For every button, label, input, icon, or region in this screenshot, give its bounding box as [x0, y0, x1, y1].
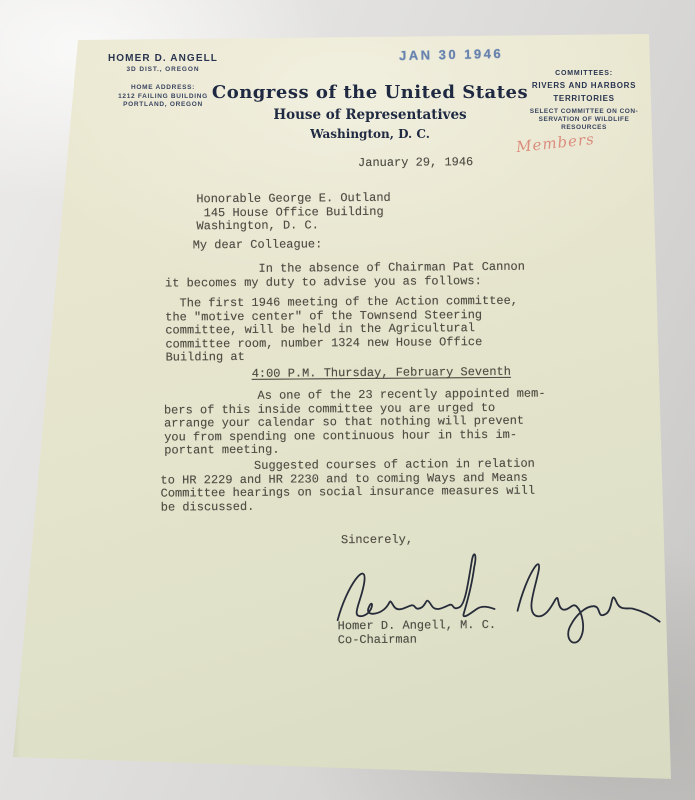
signed-name: Homer D. Angell, M. C. [338, 619, 497, 634]
letter-paper: HOMER D. ANGELL 3D DIST., OREGON HOME AD… [0, 0, 695, 800]
signed-title: Co-Chairman [338, 634, 417, 648]
meeting-time-heading: 4:00 P.M. Thursday, February Seventh [252, 366, 511, 382]
salutation: My dear Colleague: [193, 238, 323, 253]
typed-content: January 29, 1946 Honorable George E. Out… [0, 0, 695, 800]
paragraph-2: The first 1946 meeting of the Action com… [165, 295, 518, 365]
recipient-address: Honorable George E. Outland 145 House Of… [196, 192, 391, 234]
paragraph-3: As one of the 23 recently appointed mem-… [164, 388, 546, 458]
paragraph-1: In the absence of Chairman Pat Cannon it… [165, 261, 525, 291]
letter-date: January 29, 1946 [358, 156, 473, 170]
paragraph-4: Suggested courses of action in relation … [160, 458, 535, 515]
photo-background: HOMER D. ANGELL 3D DIST., OREGON HOME AD… [0, 0, 695, 800]
